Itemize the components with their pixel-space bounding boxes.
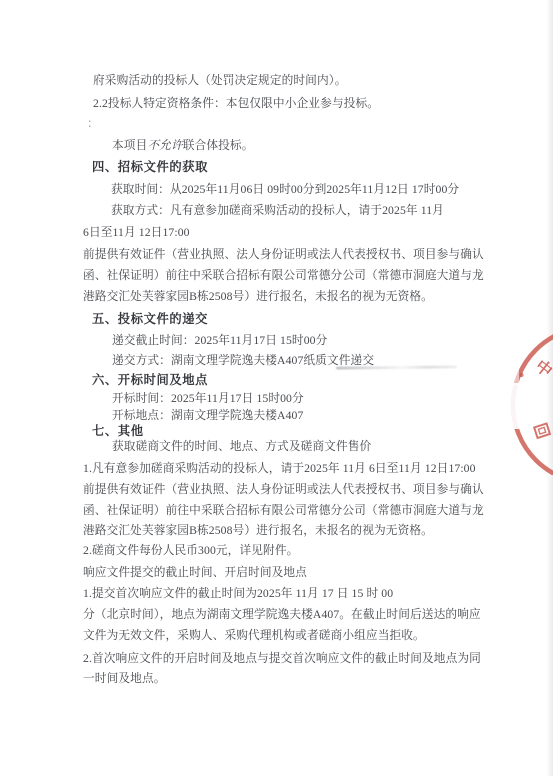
doc-line: 港路交汇处芙蓉家园B栋2508号）进行报名，未报名的视为无资格。 — [83, 290, 433, 304]
doc-line: 1.提交首次响应文件的截止时间为2025年 11月 17 日 15 时 00 — [83, 587, 393, 601]
doc-line: 2.2投标人特定资格条件：本包仅限中小企业参与投标。 — [93, 97, 379, 111]
doc-line: 函、社保证明）前往中采联合招标有限公司常德分公司（常德市洞庭大道与龙 — [83, 269, 484, 283]
doc-line: 府采购活动的投标人（处罚决定规定的时间内）。 — [93, 74, 346, 88]
doc-line: 6日至11月 12日17:00 — [83, 226, 190, 240]
seal-fade — [505, 369, 519, 385]
doc-line: 开标时间：2025年11月17日 15时00分 — [112, 392, 304, 406]
doc-text-emphasis: 不允许 — [147, 139, 182, 152]
doc-line: 获取磋商文件的时间、地点、方式及磋商文件售价 — [112, 440, 371, 454]
doc-line: 获取时间：从2025年11月06日 09时00分到2025年11月12日 17时… — [111, 183, 459, 197]
section-heading-5-bid-submission: 五、投标文件的递交 — [92, 312, 208, 326]
section-heading-7-other: 七、其他 — [92, 424, 144, 438]
doc-line: 响应文件提交的截止时间、开启时间及地点 — [83, 566, 307, 580]
seal-ink-dot — [519, 373, 523, 377]
doc-line: 2.首次响应文件的开启时间及地点与提交首次响应文件的截止时间及地点为同 — [83, 652, 481, 666]
doc-line: 获取方式：凡有意参加磋商采购活动的投标人，请于2025年 11月 — [111, 204, 444, 218]
red-seal-stamp: 中 — [505, 333, 553, 475]
doc-line: 递交方式：湖南文理学院逸夫楼A407纸质文件递交 — [112, 354, 374, 368]
seal-fade — [505, 383, 527, 429]
scan-dot-artifact — [461, 503, 466, 507]
doc-line: 1.凡有意参加磋商采购活动的投标人，请于2025年 11月 6日至11月 12日… — [83, 462, 476, 476]
doc-line: 2.磋商文件每份人民币300元，详见附件。 — [83, 544, 298, 558]
scanned-document-page: 府采购活动的投标人（处罚决定规定的时间内）。 2.2投标人特定资格条件：本包仅限… — [0, 0, 553, 776]
doc-line: 函、社保证明）前往中采联合招标有限公司常德分公司（常德市洞庭大道与龙 — [83, 504, 484, 518]
doc-line: 文件为无效文件，采购人、采购代理机构或者磋商小组应当拒收。 — [83, 629, 425, 643]
section-heading-6-bid-opening: 六、开标时间及地点 — [92, 373, 208, 387]
seal-emblem — [534, 423, 550, 437]
scan-smudge-artifact — [336, 365, 457, 369]
doc-line: 前提供有效证件（营业执照、法人身份证明或法人代表授权书、项目参与确认 — [83, 248, 484, 262]
seal-character: 中 — [532, 357, 553, 381]
doc-line: 一时间及地点。 — [83, 672, 166, 686]
doc-line: 分（北京时间），地点为湖南文理学院逸夫楼A407。在截止时间后送达的响应 — [83, 608, 481, 622]
doc-line: 递交截止时间：2025年11月17日 15时00分 — [112, 334, 327, 348]
doc-text-segment: 本项目 — [112, 139, 147, 152]
doc-line-no-joint-bid: 本项目不允许联合体投标。 — [112, 139, 253, 153]
doc-line-colon: ： — [87, 117, 99, 131]
doc-text-segment: 联合体投标。 — [183, 139, 254, 152]
doc-line: 开标地点：湖南文理学院逸夫楼A407 — [112, 409, 303, 423]
section-heading-4-document-obtain: 四、招标文件的获取 — [92, 160, 208, 174]
doc-line: 港路交汇处芙蓉家园B栋2508号）进行报名，未报名的视为无资格。 — [83, 524, 433, 538]
doc-line: 前提供有效证件（营业执照、法人身份证明或法人代表授权书、项目参与确认 — [83, 483, 484, 497]
